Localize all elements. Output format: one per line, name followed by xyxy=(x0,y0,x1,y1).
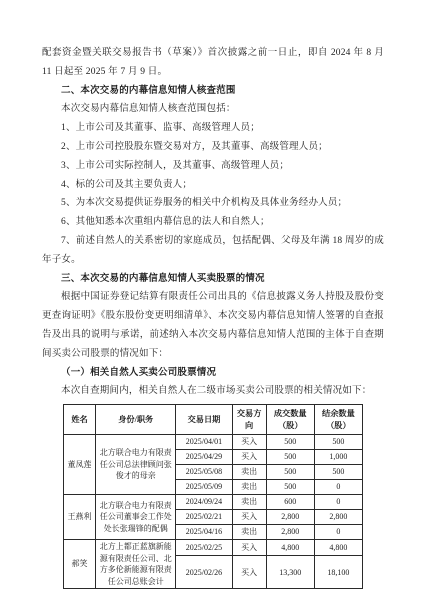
header-direction: 交易方向 xyxy=(232,405,266,435)
scope-list-item: 1、上市公司及其董事、监事、高级管理人员； xyxy=(42,119,384,138)
trade-balance: 0 xyxy=(314,525,362,540)
trade-balance: 0 xyxy=(314,495,362,510)
document-page: 配套资金暨关联交易报告书（草案）》首次披露之前一日止，即自 2024 年 8 月… xyxy=(0,0,424,600)
trade-balance: 0 xyxy=(314,480,362,495)
trade-date: 2025/02/21 xyxy=(176,510,232,525)
trade-volume: 500 xyxy=(266,480,314,495)
header-name: 姓名 xyxy=(64,405,96,435)
scope-list-item: 4、标的公司及其主要负责人； xyxy=(42,176,384,195)
trade-date: 2025/02/26 xyxy=(176,556,232,589)
trade-balance: 500 xyxy=(314,465,362,480)
section-2-lead: 本次交易内幕信息知情人核查范围包括： xyxy=(42,100,384,119)
header-balance: 结余数量（股） xyxy=(314,405,362,435)
trade-volume: 500 xyxy=(266,435,314,450)
trades-table: 姓名 身份/职务 交易日期 交易方向 成交数量（股） 结余数量（股） 董凤莲 北… xyxy=(63,404,363,589)
trade-balance: 1,000 xyxy=(314,450,362,465)
table-header-row: 姓名 身份/职务 交易日期 交易方向 成交数量（股） 结余数量（股） xyxy=(64,405,363,435)
trade-date: 2025/04/01 xyxy=(176,435,232,450)
trade-date: 2025/02/25 xyxy=(176,540,232,556)
person-name-cell: 郝笑 xyxy=(64,540,96,589)
person-identity-cell: 北方上都正蓝旗新能源有限责任公司、北方多伦新能源有限责任公司总账会计 xyxy=(96,540,176,589)
trade-row: 董凤莲 北方联合电力有限责任公司总法律顾问张俊才的母亲 2025/04/01 买… xyxy=(64,435,363,450)
trade-balance: 18,100 xyxy=(314,556,362,589)
trade-row: 郝笑 北方上都正蓝旗新能源有限责任公司、北方多伦新能源有限责任公司总账会计 20… xyxy=(64,540,363,556)
trade-volume: 2,800 xyxy=(266,510,314,525)
trade-direction: 卖出 xyxy=(232,465,266,480)
header-date: 交易日期 xyxy=(176,405,232,435)
section-3-paragraph: 根据中国证券登记结算有限责任公司出具的《信息披露义务人持股及股份变更查询证明》《… xyxy=(42,288,384,363)
subsection-1-heading: （一）相关自然人买卖公司股票情况 xyxy=(42,364,384,383)
trade-balance: 500 xyxy=(314,435,362,450)
header-volume: 成交数量（股） xyxy=(266,405,314,435)
trade-row: 王燕利 北方联合电力有限责任公司董事会工作处处长张瑞锋的配偶 2024/09/2… xyxy=(64,495,363,510)
person-name-cell: 王燕利 xyxy=(64,495,96,540)
trade-date: 2025/05/09 xyxy=(176,480,232,495)
person-identity-cell: 北方联合电力有限责任公司总法律顾问张俊才的母亲 xyxy=(96,435,176,495)
trade-volume: 500 xyxy=(266,465,314,480)
trade-volume: 600 xyxy=(266,495,314,510)
scope-list-item: 3、上市公司实际控制人，及其董事、高级管理人员； xyxy=(42,157,384,176)
scope-list-item: 7、前述自然人的关系密切的家庭成员，包括配偶、父母及年满 18 周岁的成年子女。 xyxy=(42,232,384,270)
trade-volume: 500 xyxy=(266,450,314,465)
trade-date: 2025/04/16 xyxy=(176,525,232,540)
trade-balance: 2,800 xyxy=(314,510,362,525)
trade-volume: 4,800 xyxy=(266,540,314,556)
section-3-heading: 三、本次交易的内幕信息知情人买卖股票的情况 xyxy=(42,270,384,289)
subsection-1-lead: 本次自查期间内，相关自然人在二级市场买卖公司股票的相关情况如下： xyxy=(42,382,384,401)
scope-list-item: 5、为本次交易提供证券服务的相关中介机构及具体业务经办人员； xyxy=(42,194,384,213)
trade-direction: 卖出 xyxy=(232,525,266,540)
trade-date: 2024/09/24 xyxy=(176,495,232,510)
trade-direction: 买入 xyxy=(232,556,266,589)
trade-volume: 13,300 xyxy=(266,556,314,589)
trade-direction: 买入 xyxy=(232,450,266,465)
trade-direction: 买入 xyxy=(232,510,266,525)
trade-direction: 买入 xyxy=(232,540,266,556)
trade-date: 2025/05/08 xyxy=(176,465,232,480)
scope-list-item: 6、其他知悉本次重组内幕信息的法人和自然人； xyxy=(42,213,384,232)
person-identity-cell: 北方联合电力有限责任公司董事会工作处处长张瑞锋的配偶 xyxy=(96,495,176,540)
trade-direction: 卖出 xyxy=(232,480,266,495)
section-2-heading: 二、本次交易的内幕信息知情人核查范围 xyxy=(42,82,384,101)
trade-balance: 4,800 xyxy=(314,540,362,556)
person-name-cell: 董凤莲 xyxy=(64,435,96,495)
intro-paragraph: 配套资金暨关联交易报告书（草案）》首次披露之前一日止，即自 2024 年 8 月… xyxy=(42,44,384,82)
trade-volume: 2,800 xyxy=(266,525,314,540)
scope-list-item: 2、上市公司控股股东暨交易对方，及其董事、高级管理人员； xyxy=(42,138,384,157)
trade-direction: 买入 xyxy=(232,435,266,450)
header-identity: 身份/职务 xyxy=(96,405,176,435)
trade-date: 2025/04/29 xyxy=(176,450,232,465)
trade-direction: 卖出 xyxy=(232,495,266,510)
